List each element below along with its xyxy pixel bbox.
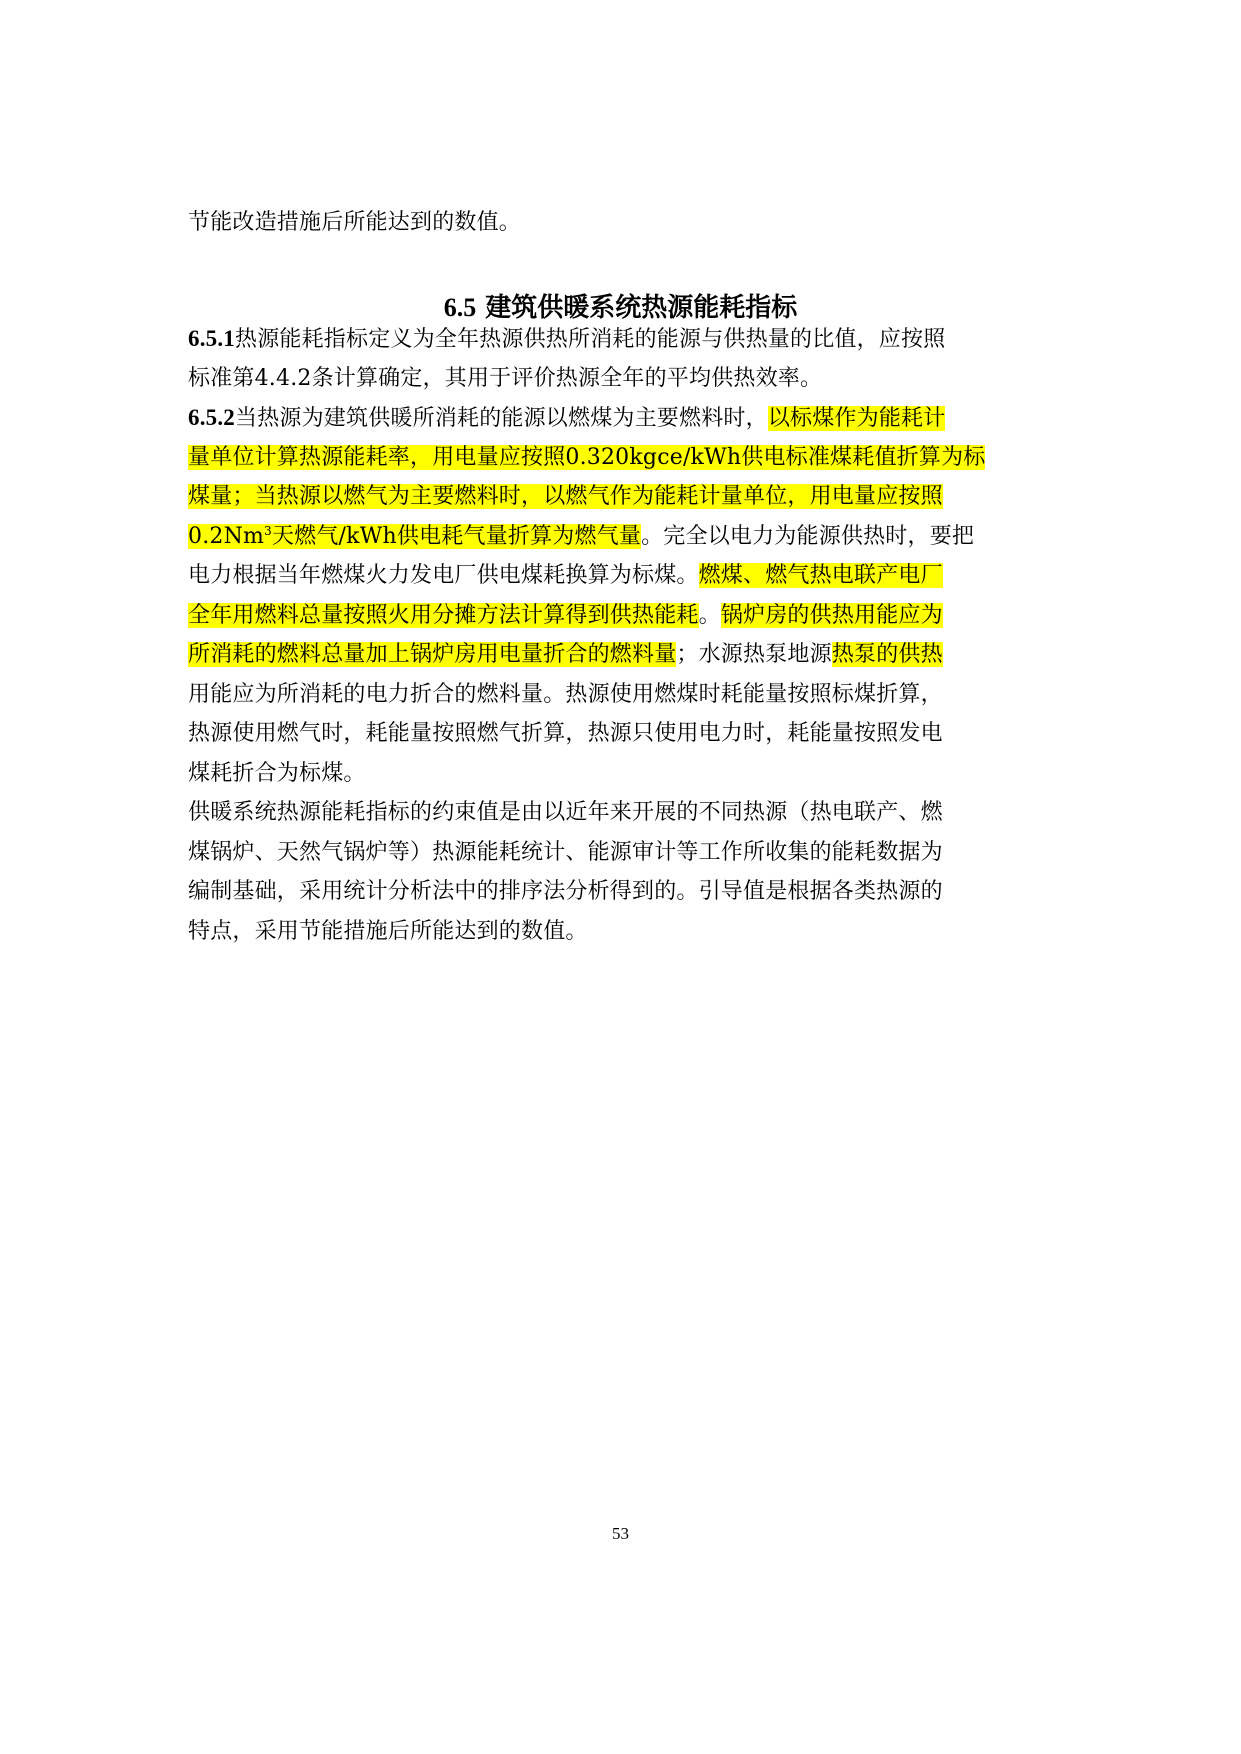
highlighted-text: 所消耗的燃料总量加上锅炉房用电量折合的燃料量: [188, 642, 676, 667]
clause-6-5-2-line-9: 热源使用燃气时，耗能量按照燃气折算，热源只使用电力时，耗能量按照发电: [188, 719, 1048, 749]
clause-text: 用能应为所消耗的电力折合的燃料量。热源使用燃煤时耗能量按照标煤折算，: [188, 682, 943, 707]
page-number: 53: [0, 1524, 1241, 1544]
explanation-line-1: 供暖系统热源能耗指标的约束值是由以近年来开展的不同热源（热电联产、燃: [188, 798, 1048, 828]
section-number: 6.5: [444, 293, 477, 322]
clause-6-5-2-line-3: 煤量；当热源以燃气为主要燃料时，以燃气作为能耗计量单位，用电量应按照: [188, 482, 1048, 512]
section-heading: 6.5 建筑供暖系统热源能耗指标: [0, 290, 1241, 326]
clause-text: 标准第4.4.2条计算确定，其用于评价热源全年的平均供热效率。: [188, 366, 822, 391]
explanation-text: 特点，采用节能措施后所能达到的数值。: [188, 919, 588, 944]
clause-6-5-2-line-4: 0.2Nm3天燃气/kWh供电耗气量折算为燃气量。完全以电力为能源供热时，要把: [188, 522, 1048, 552]
clause-text: ；水源热泵地源: [676, 642, 831, 667]
highlighted-text: 锅炉房的供热用能应为: [721, 603, 943, 628]
explanation-line-2: 煤锅炉、天然气锅炉等）热源能耗统计、能源审计等工作所收集的能耗数据为: [188, 838, 1048, 868]
clause-6-5-2-line-10: 煤耗折合为标煤。: [188, 759, 1048, 789]
clause-text: 热源使用燃气时，耗能量按照燃气折算，热源只使用电力时，耗能量按照发电: [188, 721, 943, 746]
clause-6-5-1-line-1: 6.5.1热源能耗指标定义为全年热源供热所消耗的能源与供热量的比值，应按照: [188, 324, 1048, 355]
section-title: 建筑供暖系统热源能耗指标: [485, 293, 797, 323]
explanation-text: 煤锅炉、天然气锅炉等）热源能耗统计、能源审计等工作所收集的能耗数据为: [188, 840, 943, 865]
clause-6-5-1-line-2: 标准第4.4.2条计算确定，其用于评价热源全年的平均供热效率。: [188, 364, 1048, 394]
highlighted-text: 燃煤、燃气热电联产电厂: [699, 563, 943, 588]
highlighted-text: 以标煤作为能耗计: [768, 406, 946, 431]
clause-6-5-2-line-1: 6.5.2当热源为建筑供暖所消耗的能源以燃煤为主要燃料时，以标煤作为能耗计: [188, 403, 1048, 434]
superscript: 3: [264, 524, 272, 538]
clause-6-5-2-line-5: 电力根据当年燃煤火力发电厂供电煤耗换算为标煤。燃煤、燃气热电联产电厂: [188, 561, 1048, 591]
highlighted-text: 量单位计算热源能耗率，用电量应按照0.320kgce/kWh供电标准煤耗值折算为…: [188, 445, 985, 470]
continued-text-content: 节能改造措施后所能达到的数值。: [188, 210, 521, 235]
explanation-line-3: 编制基础，采用统计分析法中的排序法分析得到的。引导值是根据各类热源的: [188, 877, 1048, 907]
clause-6-5-2-line-2: 量单位计算热源能耗率，用电量应按照0.320kgce/kWh供电标准煤耗值折算为…: [188, 443, 1048, 473]
continued-text: 节能改造措施后所能达到的数值。: [188, 208, 1048, 238]
clause-6-5-2-line-6: 全年用燃料总量按照火用分摊方法计算得到供热能耗。锅炉房的供热用能应为: [188, 601, 1048, 631]
formula-text: 天燃气/kWh供电耗气量折算为燃气量: [272, 524, 641, 549]
explanation-line-4: 特点，采用节能措施后所能达到的数值。: [188, 917, 1048, 947]
highlighted-text: 煤量；当热源以燃气为主要燃料时，以燃气作为能耗计量单位，用电量应按照: [188, 484, 943, 509]
clause-text: 。完全以电力为能源供热时，要把: [641, 524, 974, 549]
highlighted-text: 0.2Nm3天燃气/kWh供电耗气量折算为燃气量: [188, 524, 641, 549]
clause-text: 热源能耗指标定义为全年热源供热所消耗的能源与供热量的比值，应按照: [235, 327, 945, 352]
clause-6-5-2-line-7: 所消耗的燃料总量加上锅炉房用电量折合的燃料量；水源热泵地源热泵的供热: [188, 640, 1048, 670]
explanation-text: 供暖系统热源能耗指标的约束值是由以近年来开展的不同热源（热电联产、燃: [188, 800, 943, 825]
formula-text: 0.2Nm: [188, 524, 264, 549]
explanation-text: 编制基础，采用统计分析法中的排序法分析得到的。引导值是根据各类热源的: [188, 879, 943, 904]
clause-text: 。: [699, 603, 721, 628]
highlighted-text: 全年用燃料总量按照火用分摊方法计算得到供热能耗: [188, 603, 699, 628]
clause-text: 煤耗折合为标煤。: [188, 761, 366, 786]
clause-text: 电力根据当年燃煤火力发电厂供电煤耗换算为标煤。: [188, 563, 699, 588]
clause-number: 6.5.2: [188, 405, 235, 430]
document-page: 节能改造措施后所能达到的数值。 6.5 建筑供暖系统热源能耗指标 6.5.1热源…: [0, 0, 1241, 1754]
highlighted-text: 热泵的供热: [832, 642, 943, 667]
clause-number: 6.5.1: [188, 326, 235, 351]
clause-6-5-2-line-8: 用能应为所消耗的电力折合的燃料量。热源使用燃煤时耗能量按照标煤折算，: [188, 680, 1048, 710]
clause-text: 当热源为建筑供暖所消耗的能源以燃煤为主要燃料时，: [235, 406, 768, 431]
